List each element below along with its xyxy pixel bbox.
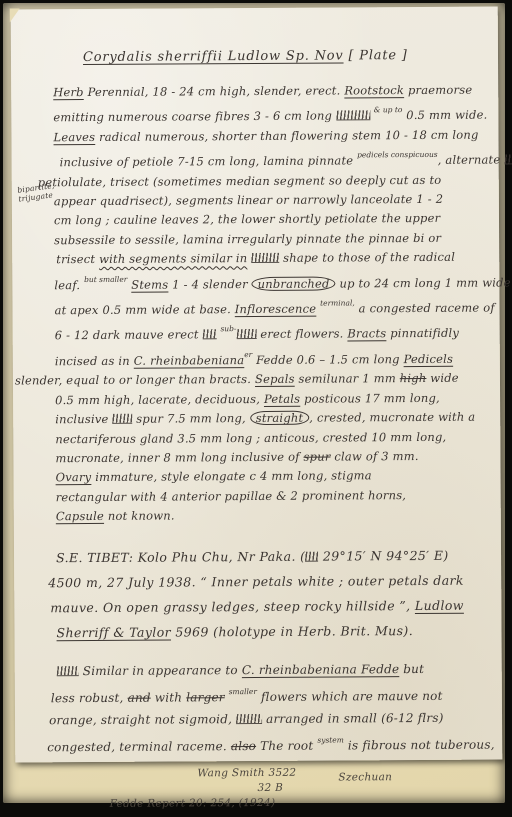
text-segment: Petals (264, 391, 300, 405)
text-segment: 0.5 mm high, lacerate, deciduous, (55, 392, 264, 407)
manuscript-line: orange, straight not sigmoid, arranged i… (49, 707, 497, 731)
text-segment: with (151, 690, 187, 704)
manuscript-line: inclusive of petiole 7-15 cm long, lamin… (60, 145, 494, 173)
manuscript-line: nectariferous gland 3.5 mm long ; antico… (55, 427, 495, 449)
text-segment: up to 24 cm long 1 mm wide (336, 275, 511, 290)
margin-note: bipartite,trijugate (17, 181, 56, 204)
text-segment: mucronate, inner 8 mm long inclusive of (55, 450, 303, 466)
text-segment: mauve. On open grassy ledges, steep rock… (50, 598, 415, 615)
text-segment: terminal, (320, 298, 355, 307)
manuscript-line: 4500 m, 27 July 1938. “ Inner petals whi… (48, 567, 496, 595)
page-corner-fold (10, 8, 20, 22)
manuscript-line: mucronate, inner 8 mm long inclusive of … (55, 446, 495, 468)
text-segment: leaf. (54, 278, 84, 292)
text-segment: Inflorescence (235, 302, 317, 316)
text-segment: Sepals (255, 372, 295, 386)
text-segment: Bracts (347, 327, 386, 341)
text-segment: appear quadrisect), segments linear or n… (54, 192, 443, 208)
manuscript-line: rectangular with 4 anterior papillae & 2… (56, 485, 496, 507)
scribbled-out-text (251, 253, 279, 263)
text-segment: subsessile to sessile, lamina irregularl… (54, 231, 441, 247)
text-segment: Herb (53, 85, 84, 99)
text-segment: sub- (220, 325, 236, 334)
text-segment: arranged in small (6-12 flrs) (262, 710, 444, 725)
scribbled-out-text (203, 330, 217, 340)
text-segment: Similar in appearance to (79, 663, 242, 678)
text-segment: Perennial, 18 - 24 cm high, slender, ere… (84, 83, 345, 99)
text-segment: and (128, 691, 151, 705)
manuscript-line: at apex 0.5 mm wide at base. Inflorescen… (54, 293, 494, 321)
text-segment: semilunar 1 mm (295, 371, 400, 386)
manuscript-line: S.E. TIBET: Kolo Phu Chu, Nr Paka. ( 29°… (56, 542, 496, 570)
scribbled-out-text (504, 155, 512, 165)
text-segment: with segments similar in (99, 251, 247, 266)
title-line: Corydalis sherriffii Ludlow Sp. Nov [ Pl… (83, 45, 493, 70)
text-segment: inclusive (55, 412, 112, 426)
text-segment: larger (186, 690, 225, 704)
text-segment: wide (426, 371, 458, 385)
manuscript-line: inclusive spur 7.5 mm long, straight, cr… (55, 408, 495, 430)
scribbled-out-text (236, 329, 256, 339)
text-segment: Leaves (53, 130, 95, 144)
manuscript-line: slender, equal to or longer than bracts.… (15, 369, 495, 391)
text-segment: inclusive of petiole 7-15 cm long, lamin… (60, 154, 358, 170)
manuscript-line: Sherriff & Taylor 5969 (holotype in Herb… (56, 617, 496, 645)
text-segment: , alternate (438, 153, 505, 167)
text-segment: Ovary (56, 470, 92, 484)
text-segment: Fedde Repert 20: 254, (1924) (110, 796, 276, 809)
text-segment: Sherriff & Taylor (56, 624, 171, 640)
manuscript-line: appear quadrisect), segments linear or n… (54, 190, 494, 212)
text-segment: shape to those of the radical (279, 250, 455, 265)
text-segment: straight (250, 411, 310, 425)
text-segment: 0.5 mm wide. (402, 108, 487, 123)
manuscript-line: less robust, and with larger smaller flo… (51, 680, 497, 710)
text-segment: erect flowers. (256, 327, 347, 342)
scribbled-out-text (57, 666, 79, 676)
text-segment: radical numerous, shorter than flowering… (95, 127, 478, 143)
manuscript-line: mauve. On open grassy ledges, steep rock… (50, 592, 496, 620)
text-segment: Pedicels (404, 352, 454, 366)
text-segment: pinnatifidly (386, 326, 459, 340)
text-segment: spur (303, 449, 330, 463)
text-segment: congested, terminal raceme. (47, 739, 231, 754)
text-segment: pedicels conspicuous (357, 150, 438, 159)
scribbled-out-text (336, 111, 370, 121)
manuscript-line: trisect with segments similar in shape t… (56, 248, 494, 270)
text-segment: C. rheinbabeniana Fedde (242, 662, 399, 677)
text-segment: claw of 3 mm. (330, 449, 418, 464)
text-segment: also (231, 739, 256, 753)
text-segment: C. rheinbabeniana (134, 353, 245, 368)
text-segment: spur 7.5 mm long, (132, 411, 249, 426)
manuscript-line: cm long ; cauline leaves 2, the lower sh… (54, 209, 494, 231)
manuscript-line: subsessile to sessile, lamina irregularl… (54, 228, 494, 250)
text-segment: unbranched (252, 276, 336, 291)
text-segment: 6 - 12 dark mauve erect (55, 328, 203, 343)
text-segment: Corydalis sherriffii Ludlow Sp. Nov (83, 48, 344, 65)
text-segment: smaller (229, 687, 257, 696)
text-segment: Stems (131, 277, 168, 291)
manuscript-line: Leaves radical numerous, shorter than fl… (53, 125, 493, 147)
text-segment: but smaller (84, 274, 127, 283)
text-segment: 1 - 4 slender (168, 277, 251, 292)
manuscript-line: 0.5 mm high, lacerate, deciduous, Petals… (55, 388, 495, 410)
manuscript-line: Herb Perennial, 18 - 24 cm high, slender… (53, 81, 493, 103)
text-segment: flowers which are mauve not (257, 689, 443, 704)
text-segment: 5969 (holotype in Herb. Brit. Mus). (171, 623, 413, 639)
text-segment: The root (256, 739, 317, 753)
text-segment: Fedde 0.6 – 1.5 cm long (252, 352, 403, 367)
text-segment: Szechuan (338, 771, 392, 783)
manuscript-line: leaf. but smaller Stems 1 - 4 slender un… (54, 267, 494, 295)
text-segment: 29°15′ N 94°25′ E) (318, 547, 448, 563)
text-segment: & up to (374, 106, 403, 115)
text-segment: nectariferous gland 3.5 mm long ; antico… (55, 429, 446, 445)
text-segment: [ Plate ] (343, 48, 407, 63)
text-segment: incised as in (55, 354, 134, 368)
text-segment: petiolulate, trisect (sometimes median s… (38, 172, 442, 188)
text-segment: less robust, (51, 691, 128, 705)
text-segment: but (399, 662, 424, 676)
scribbled-out-text (236, 714, 262, 724)
text-segment: system (317, 736, 344, 745)
text-segment: Rootstock (344, 83, 404, 97)
text-segment: emitting numerous coarse fibres 3 - 6 cm… (53, 109, 336, 125)
manuscript-line: emitting numerous coarse fibres 3 - 6 cm… (53, 100, 493, 128)
manuscript-line: 6 - 12 dark mauve erect sub- erect flowe… (55, 318, 495, 346)
photo-background: { "colors":{"background":"#0b0b09","back… (0, 0, 512, 817)
text-segment: Ludlow (415, 597, 464, 612)
text-segment: not known. (104, 509, 175, 523)
text-segment: slender, equal to or longer than bracts. (15, 372, 255, 387)
manuscript-line: Ovary immature, style elongate c 4 mm lo… (56, 466, 496, 488)
text-segment: immature, style elongate c 4 mm long, st… (91, 469, 372, 485)
text-segment: high (400, 371, 427, 385)
text-segment: Wang Smith 3522 (197, 766, 296, 779)
manuscript-line: congested, terminal raceme. also The roo… (47, 729, 497, 759)
text-segment: orange, straight not sigmoid, (49, 712, 236, 727)
text-segment: praemorse (404, 83, 472, 97)
manuscript-paper: Corydalis sherriffii Ludlow Sp. Nov [ Pl… (11, 7, 503, 763)
manuscript-line: Similar in appearance to C. rheinbabenia… (57, 658, 497, 682)
scribbled-out-text (305, 551, 318, 561)
manuscript-line: incised as in C. rheinbabenianaer Fedde … (55, 343, 495, 371)
text-segment: trisect (56, 252, 99, 266)
text-segment: posticous 17 mm long, (300, 391, 440, 406)
manuscript-text: Corydalis sherriffii Ludlow Sp. Nov [ Pl… (53, 45, 498, 812)
text-segment: cm long ; cauline leaves 2, the lower sh… (54, 211, 440, 227)
text-segment: Capsule (56, 509, 104, 523)
text-segment: a congested raceme of (355, 301, 495, 316)
text-segment: 4500 m, 27 July 1938. “ Inner petals whi… (48, 572, 464, 590)
text-segment: at apex 0.5 mm wide at base. (55, 302, 235, 317)
text-segment: , crested, mucronate with a (309, 410, 475, 425)
text-segment: 32 B (257, 781, 283, 793)
text-segment: rectangular with 4 anterior papillae & 2… (56, 488, 407, 504)
manuscript-line: Capsule not known. (56, 505, 496, 527)
text-segment: S.E. TIBET: Kolo Phu Chu, Nr Paka. ( (56, 548, 305, 565)
scribbled-out-text (112, 414, 132, 424)
text-segment: is fibrous not tuberous, (344, 738, 495, 753)
footer-annotation: Fedde Repert 20: 254, (1924) (110, 794, 498, 811)
